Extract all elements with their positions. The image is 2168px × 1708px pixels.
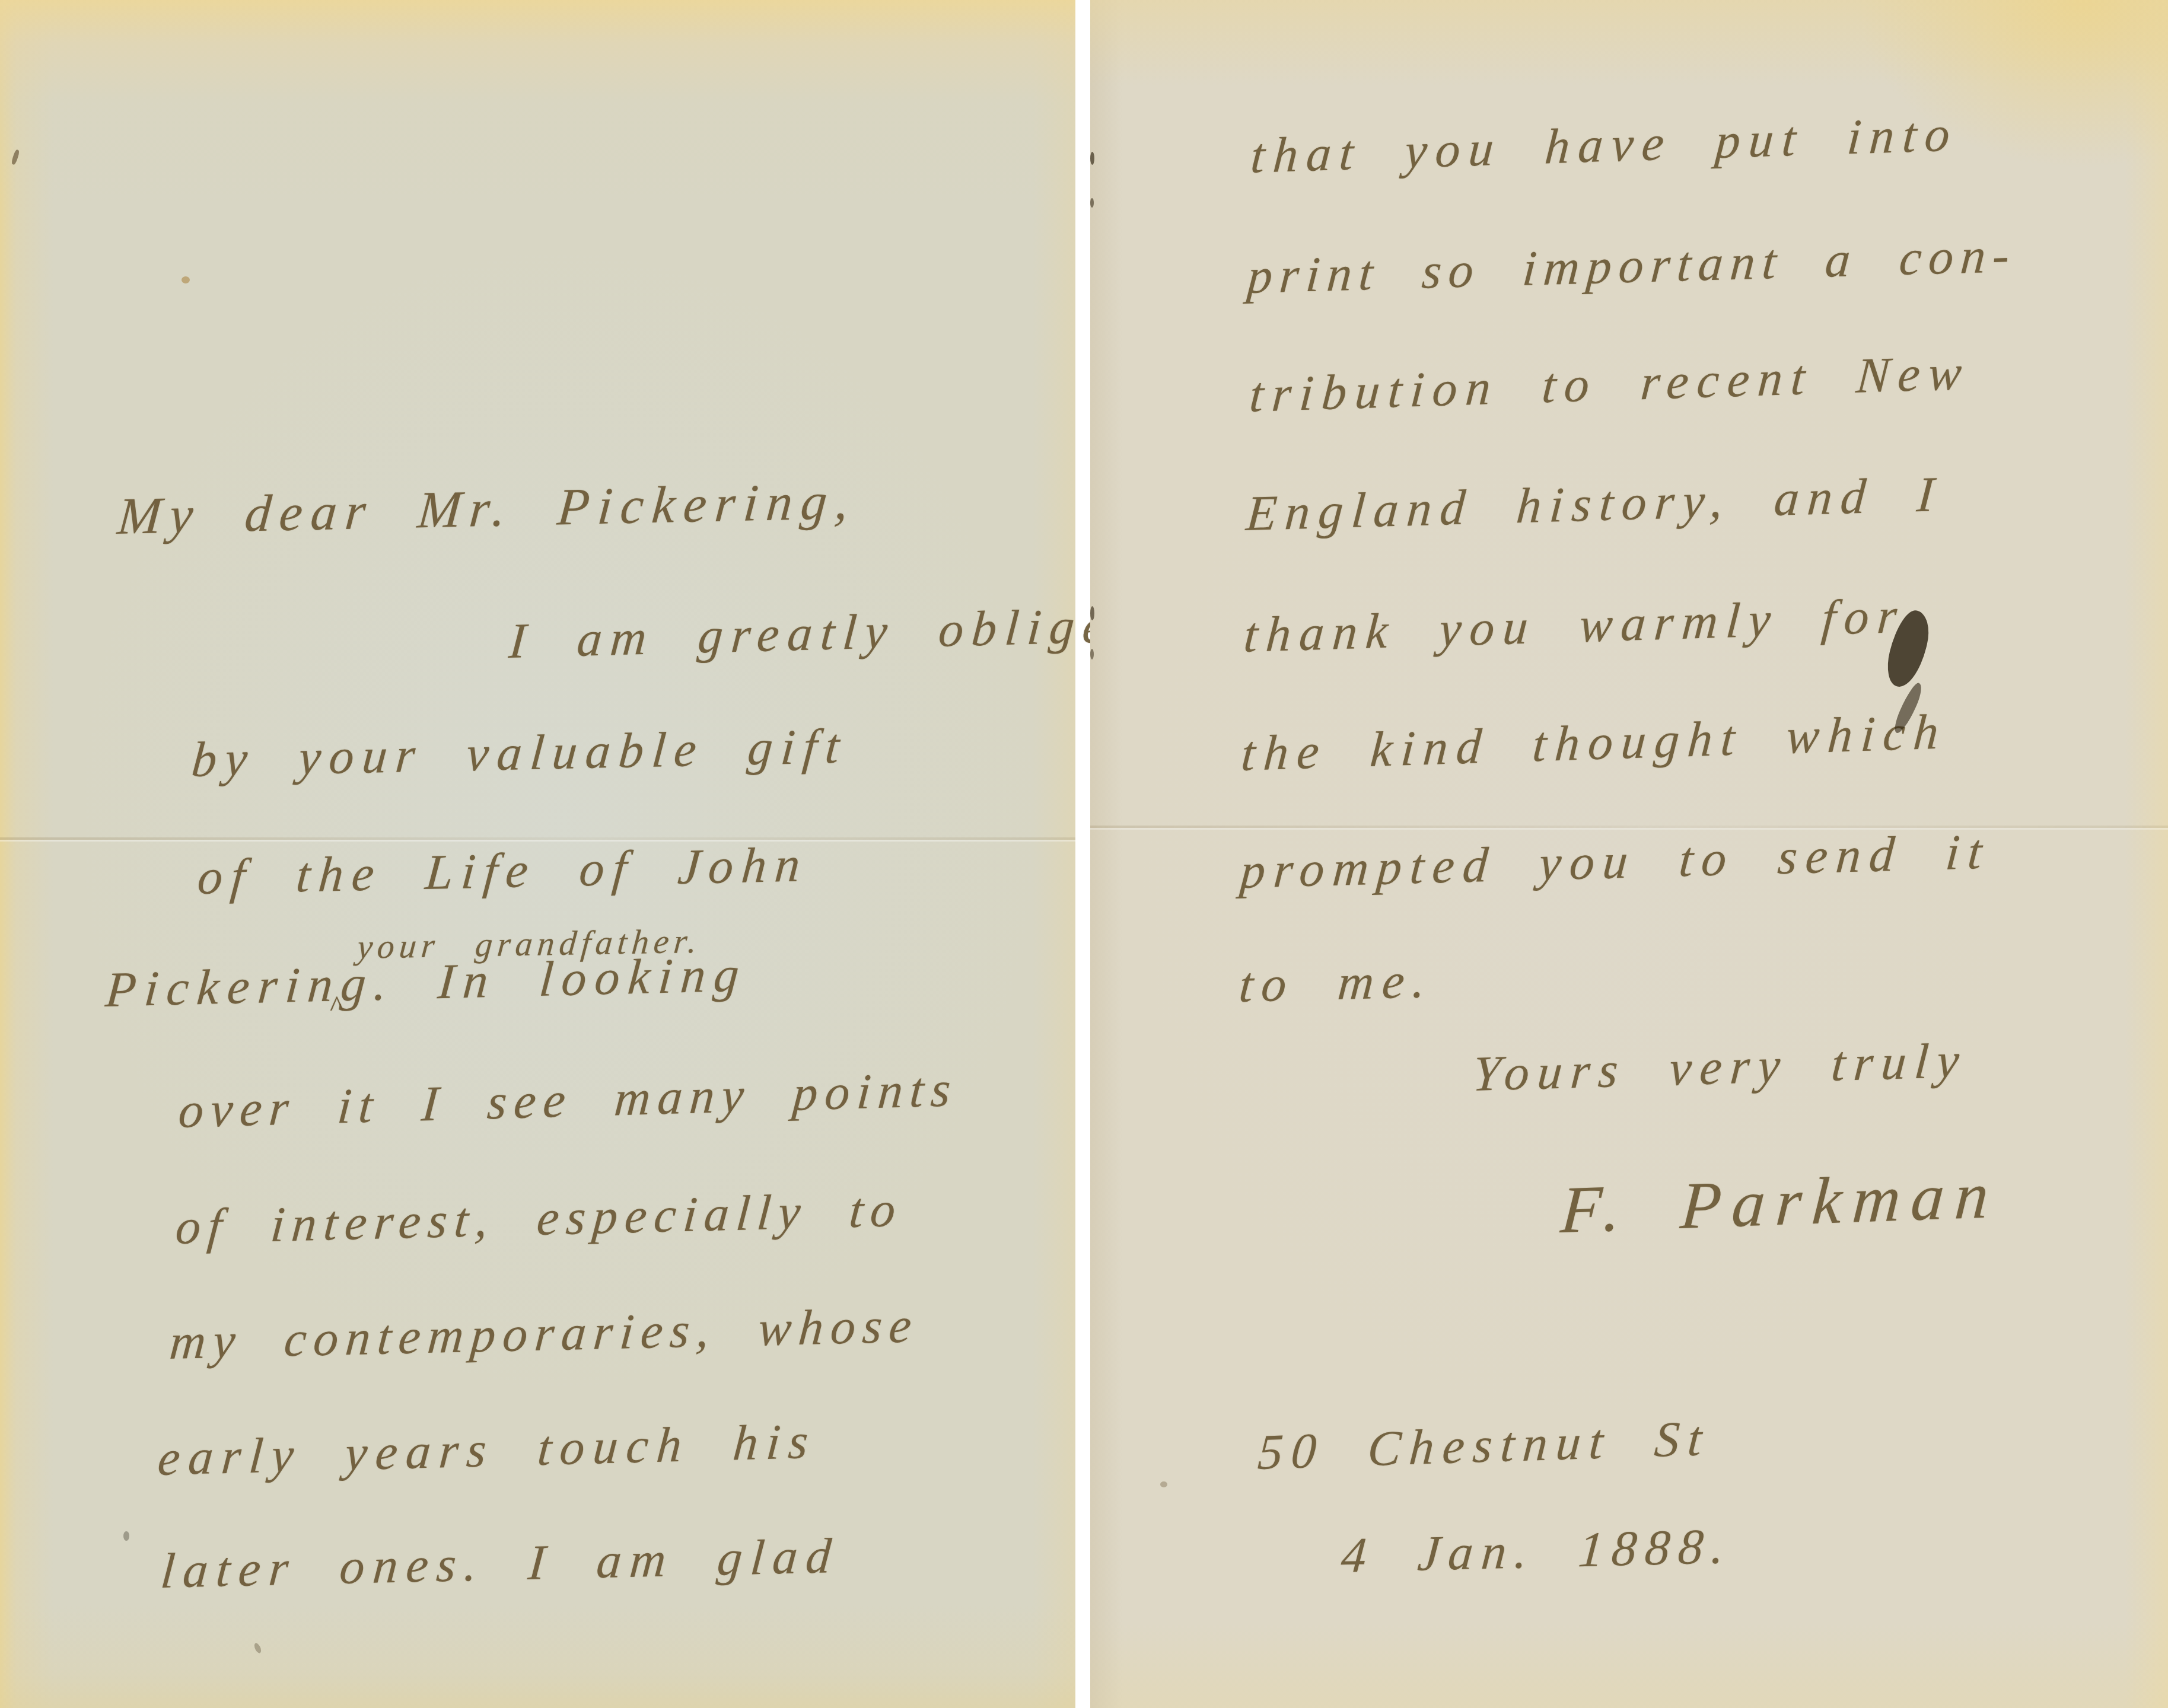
body-line: the kind thought which xyxy=(1240,707,1949,779)
body-line: early years touch his xyxy=(156,1417,818,1484)
binding-mark xyxy=(1090,198,1094,208)
salutation-line: My dear Mr. Pickering, xyxy=(116,476,859,543)
body-line: by your valuable gift xyxy=(190,722,849,785)
body-line: tribution to recent New xyxy=(1248,348,1972,420)
binding-mark xyxy=(1090,152,1094,165)
foxing-spot xyxy=(182,276,190,283)
binding-mark xyxy=(1090,606,1094,620)
paper-fleck xyxy=(253,1642,263,1654)
signature: F. Parkman xyxy=(1559,1162,2001,1244)
paper-fleck xyxy=(123,1531,129,1541)
body-line: print so important a con- xyxy=(1246,231,2019,302)
body-line: England history, and I xyxy=(1244,470,1944,539)
paper-fleck xyxy=(1160,1481,1167,1487)
address-line: 50 Chestnut St xyxy=(1256,1414,1712,1478)
binding-mark xyxy=(1090,649,1094,659)
body-line: to me. xyxy=(1237,956,1435,1011)
closing-line: Yours very truly xyxy=(1471,1036,1969,1100)
body-line: that you have put into xyxy=(1249,109,1960,181)
body-line: of interest, especially to xyxy=(174,1185,905,1253)
ink-mark xyxy=(11,149,20,165)
body-line: of the Life of John xyxy=(196,840,810,903)
body-line: prompted you to send it xyxy=(1239,827,1992,897)
body-line: later ones. I am glad xyxy=(159,1531,841,1597)
letter-page-2: that you have put into print so importan… xyxy=(1090,0,2168,1708)
fold-crease xyxy=(1090,826,2168,828)
body-line: my contemporaries, whose xyxy=(168,1301,921,1368)
body-line: over it I see many points xyxy=(177,1065,959,1136)
date-line: 4 Jan. 1888. xyxy=(1339,1522,1734,1581)
body-line: Pickering. In looking xyxy=(104,949,749,1015)
body-line: thank you warmly for xyxy=(1242,591,1907,661)
letter-page-1: My dear Mr. Pickering, I am greatly obli… xyxy=(0,0,1075,1708)
body-line: I am greatly obliged xyxy=(507,600,1148,667)
letter-scan: My dear Mr. Pickering, I am greatly obli… xyxy=(0,0,2168,1708)
fold-crease xyxy=(0,837,1075,840)
